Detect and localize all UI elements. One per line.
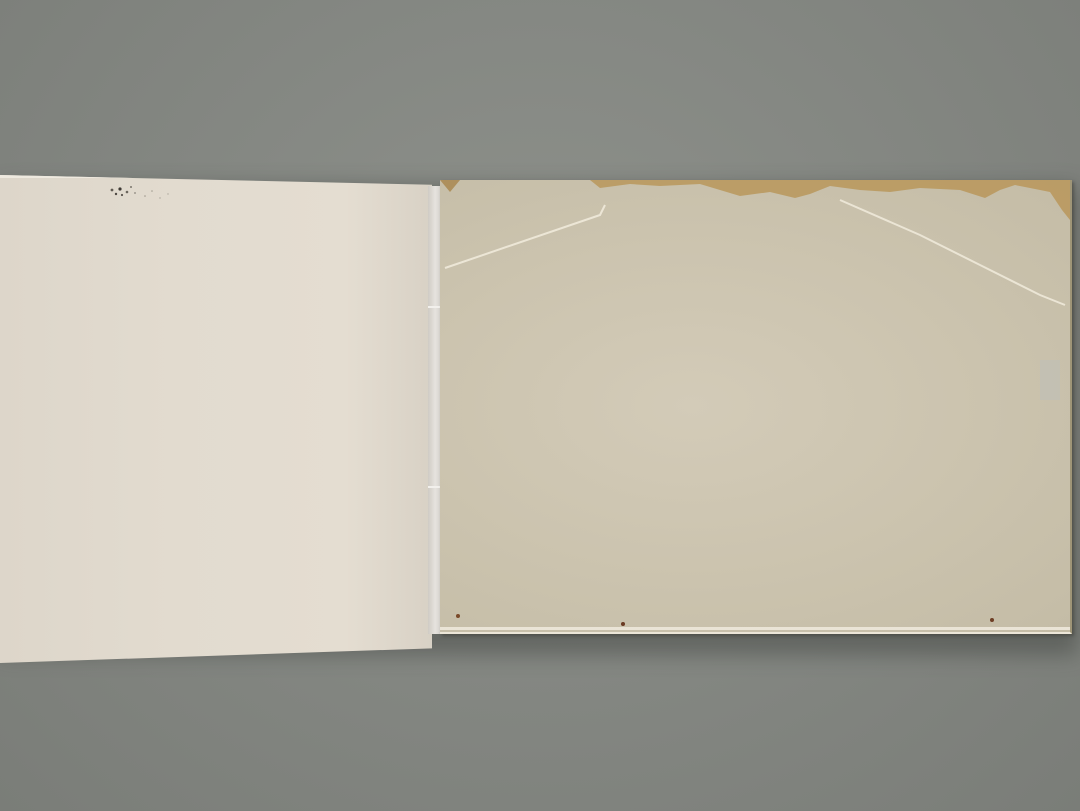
left-blank-page: [0, 175, 432, 663]
torn-edge: [590, 180, 1070, 220]
ink-stain-marks: [100, 180, 190, 210]
crease-line: [840, 200, 1065, 305]
worn-cover-board: [440, 180, 1072, 634]
photo-scene: [0, 0, 1080, 811]
page-top-edge: [0, 175, 432, 178]
cover-wear-details: [440, 180, 1070, 632]
crease-line: [445, 205, 605, 268]
